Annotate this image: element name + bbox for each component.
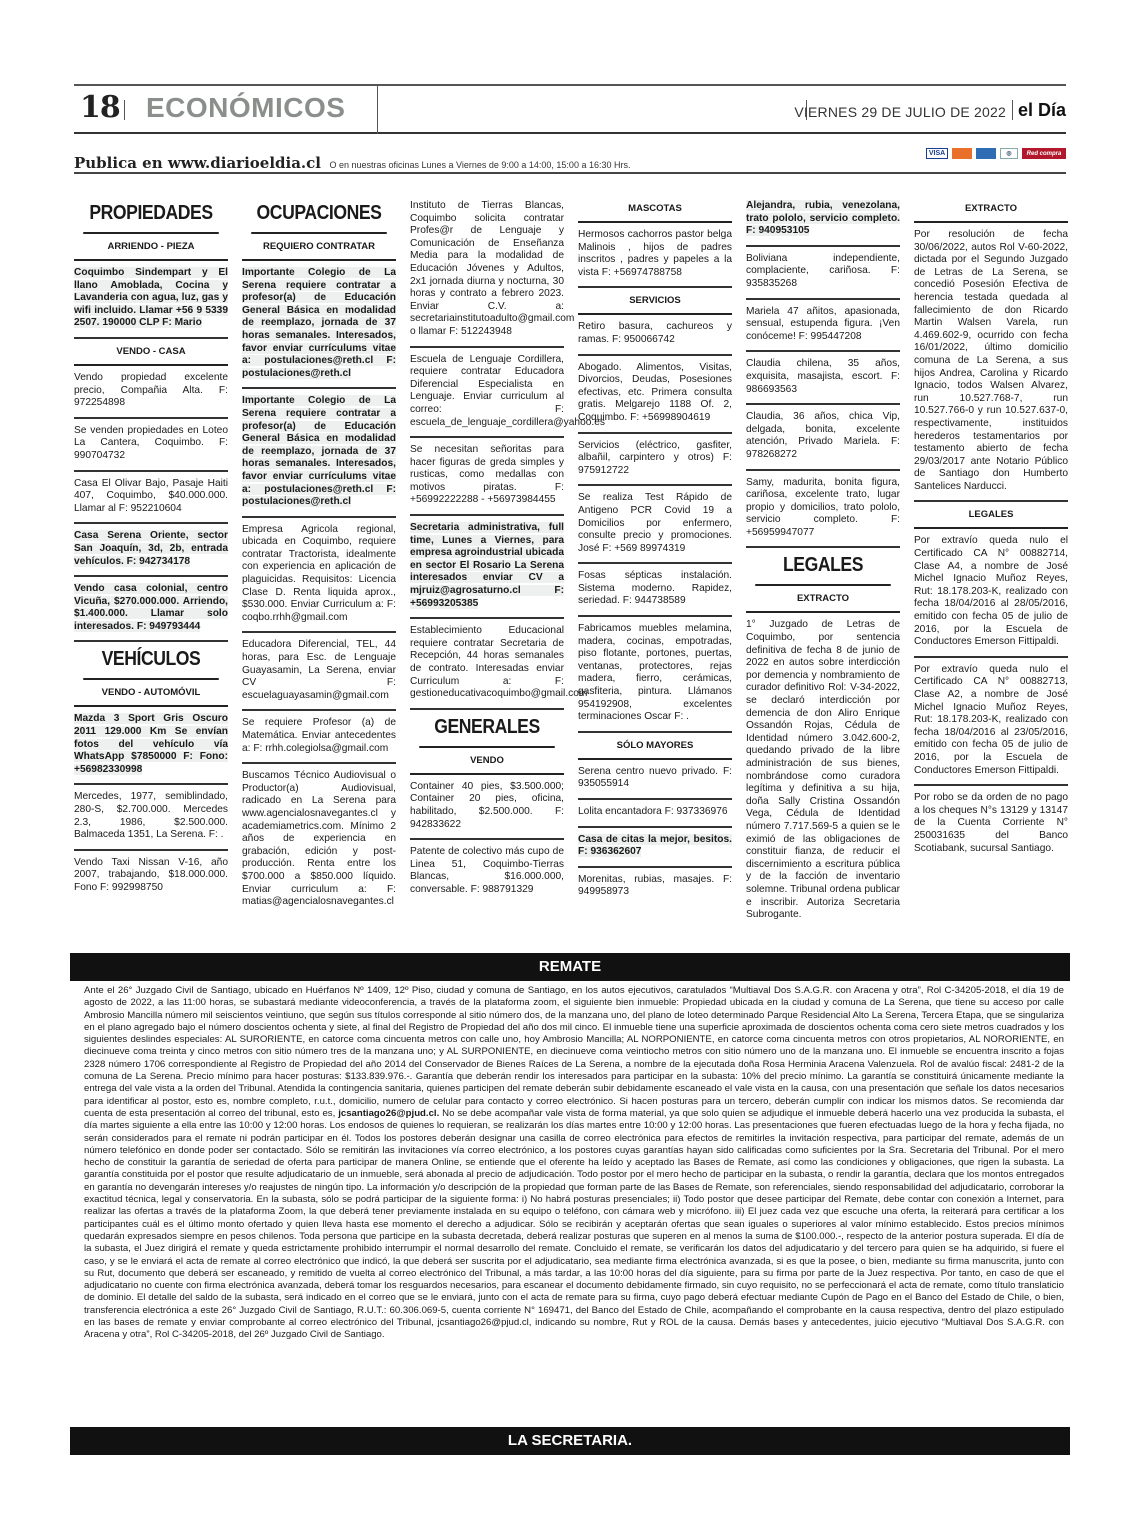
- divider: [1012, 100, 1013, 120]
- issue-date: VIERNES 29 DE JULIO DE 2022: [794, 104, 1006, 120]
- classified-ad: Serena centro nuevo privado. F: 93505591…: [578, 760, 732, 800]
- classified-ad: Se realiza Test Rápido de Antigeno PCR C…: [578, 486, 732, 564]
- subcategory-heading: EXTRACTO: [914, 196, 1068, 223]
- category-heading: LEGALES: [755, 548, 891, 586]
- classified-ad: Servicios (eléctrico, gasfiter, albañil,…: [578, 434, 732, 487]
- divider: [377, 86, 378, 134]
- classified-ad: Instituto de Tierras Blancas, Coquimbo s…: [410, 200, 564, 348]
- mastercard-icon: [952, 148, 972, 159]
- classified-ad: Mariela 47 añitos, apasionada, sensual, …: [746, 300, 900, 353]
- payment-methods: VISA ◎ Red compra: [926, 148, 1066, 159]
- column-ocupaciones-cont: Instituto de Tierras Blancas, Coquimbo s…: [410, 200, 564, 904]
- section-title: ECONÓMICOS: [146, 92, 345, 124]
- legal-notice: Por extravío queda nulo el Certificado C…: [914, 658, 1068, 786]
- newspaper-logo: el Día: [1018, 100, 1066, 121]
- category-heading: PROPIEDADES: [83, 196, 219, 234]
- classified-ad: Importante Colegio de La Serena requiere…: [242, 261, 396, 389]
- court-email[interactable]: jcsantiago26@pjud.cl.: [338, 1108, 439, 1119]
- category-heading: VEHÍCULOS: [83, 642, 219, 680]
- publish-url[interactable]: Publica en www.diarioeldia.cl: [74, 154, 321, 172]
- subcategory-heading: REQUIERO CONTRATAR: [242, 234, 396, 261]
- classified-ad: Escuela de Lenguaje Cordillera, requiere…: [410, 348, 564, 439]
- subcategory-heading: EXTRACTO: [746, 586, 900, 613]
- divider: [124, 100, 125, 120]
- classified-ad: Abogado. Alimentos, Visitas, Divorcios, …: [578, 356, 732, 434]
- category-heading: GENERALES: [419, 710, 555, 748]
- classified-ad: Coquimbo Sindempart y El llano Amoblada,…: [74, 261, 228, 339]
- amex-icon: [976, 148, 996, 159]
- subcategory-heading: ARRIENDO - PIEZA: [74, 234, 228, 261]
- diners-club-icon: ◎: [1000, 148, 1018, 159]
- classified-ad: Establecimiento Educacional requiere con…: [410, 619, 564, 710]
- classified-ad: Hermosos cachorros pastor belga Malinois…: [578, 223, 732, 288]
- remate-heading: REMATE: [70, 953, 1070, 981]
- classified-ad: Casa El Olivar Bajo, Pasaje Haiti 407, C…: [74, 472, 228, 525]
- subcategory-heading: VENDO: [410, 748, 564, 775]
- classified-ad: Samy, madurita, bonita figura, cariñosa,…: [746, 471, 900, 549]
- subcategory-heading: SÓLO MAYORES: [578, 733, 732, 760]
- page-header: 18 ECONÓMICOS VIERNES 29 DE JULIO DE 202…: [74, 84, 1066, 134]
- classified-ad: Patente de colectivo más cupo de Linea 5…: [410, 840, 564, 903]
- classified-ad: Se requiere Profesor (a) de Matemática. …: [242, 711, 396, 764]
- classified-ad: Vendo Taxi Nissan V-16, año 2007, trabaj…: [74, 851, 228, 902]
- signature-banner: LA SECRETARIA.: [70, 1427, 1070, 1455]
- classified-ad: Claudia chilena, 35 años, exquisita, mas…: [746, 352, 900, 405]
- classified-ad: Mazda 3 Sport Gris Oscuro 2011 129.000 K…: [74, 707, 228, 785]
- classified-ad: Alejandra, rubia, venezolana, trato polo…: [746, 200, 900, 247]
- classified-ad: Casa de citas la mejor, besitos. F: 9363…: [578, 828, 732, 868]
- legal-notice: Por robo se da orden de no pago a los ch…: [914, 786, 1068, 862]
- classified-ad: Vendo propiedad excelente precio, Compañ…: [74, 366, 228, 419]
- classified-ad: Importante Colegio de La Serena requiere…: [242, 389, 396, 517]
- classified-ad: Se necesitan señoritas para hacer figura…: [410, 438, 564, 516]
- subcategory-heading: VENDO - CASA: [74, 339, 228, 366]
- category-heading: OCUPACIONES: [251, 196, 387, 234]
- classified-ad: Morenitas, rubias, masajes. F: 949958973: [578, 868, 732, 906]
- classified-ad: Educadora Diferencial, TEL, 44 horas, pa…: [242, 633, 396, 711]
- column-mascotas-servicios: MASCOTAS Hermosos cachorros pastor belga…: [578, 196, 732, 906]
- legal-notice: Por extravío queda nulo el Certificado C…: [914, 529, 1068, 657]
- publish-banner: Publica en www.diarioeldia.cl O en nuest…: [74, 154, 1066, 174]
- column-propiedades: PROPIEDADES ARRIENDO - PIEZA Coquimbo Si…: [74, 196, 228, 902]
- classified-ad: Container 40 pies, $3.500.000; Container…: [410, 775, 564, 840]
- office-hours: O en nuestras oficinas Lunes a Viernes d…: [329, 160, 630, 170]
- column-solo-mayores-legales: Alejandra, rubia, venezolana, trato polo…: [746, 200, 900, 929]
- classified-ad: Empresa Agricola regional, ubicada en Co…: [242, 518, 396, 634]
- classified-ad: Claudia, 36 años, chica Vip, delgada, bo…: [746, 405, 900, 470]
- column-legales: EXTRACTO Por resolución de fecha 30/06/2…: [914, 196, 1068, 862]
- classified-ad: Retiro basura, cachureos y ramas. F: 950…: [578, 315, 732, 355]
- classified-ad: Fosas sépticas instalación. Sistema mode…: [578, 564, 732, 617]
- subcategory-heading: VENDO - AUTOMÓVIL: [74, 680, 228, 707]
- classified-ad: Fabricamos muebles melamina, madera, coc…: [578, 617, 732, 733]
- subcategory-heading: LEGALES: [914, 502, 1068, 529]
- subcategory-heading: SERVICIOS: [578, 288, 732, 315]
- classified-ad: Vendo casa colonial, centro Vicuña, $270…: [74, 577, 228, 642]
- classified-ad: Boliviana independiente, complaciente, c…: [746, 247, 900, 300]
- remate-notice: Ante el 26° Juzgado Civil de Santiago, u…: [84, 985, 1064, 1342]
- redcompra-icon: Red compra: [1022, 148, 1066, 159]
- classified-ad: Secretaria administrativa, full time, Lu…: [410, 516, 564, 619]
- classified-ad: Se venden propiedades en Loteo La Canter…: [74, 419, 228, 472]
- classified-ad: Lolita encantadora F: 937336976: [578, 800, 732, 828]
- legal-notice: Por resolución de fecha 30/06/2022, auto…: [914, 223, 1068, 502]
- page-number: 18: [80, 90, 120, 125]
- classified-ad: Buscamos Técnico Audiovisual o Productor…: [242, 764, 396, 916]
- column-ocupaciones: OCUPACIONES REQUIERO CONTRATAR Important…: [242, 196, 396, 916]
- classified-ad: Casa Serena Oriente, sector San Joaquín,…: [74, 524, 228, 577]
- legal-notice: 1° Juzgado de Letras de Coquimbo, por se…: [746, 613, 900, 928]
- subcategory-heading: MASCOTAS: [578, 196, 732, 223]
- classified-ad: Mercedes, 1977, semiblindado, 280-S, $2.…: [74, 785, 228, 850]
- visa-icon: VISA: [926, 148, 948, 159]
